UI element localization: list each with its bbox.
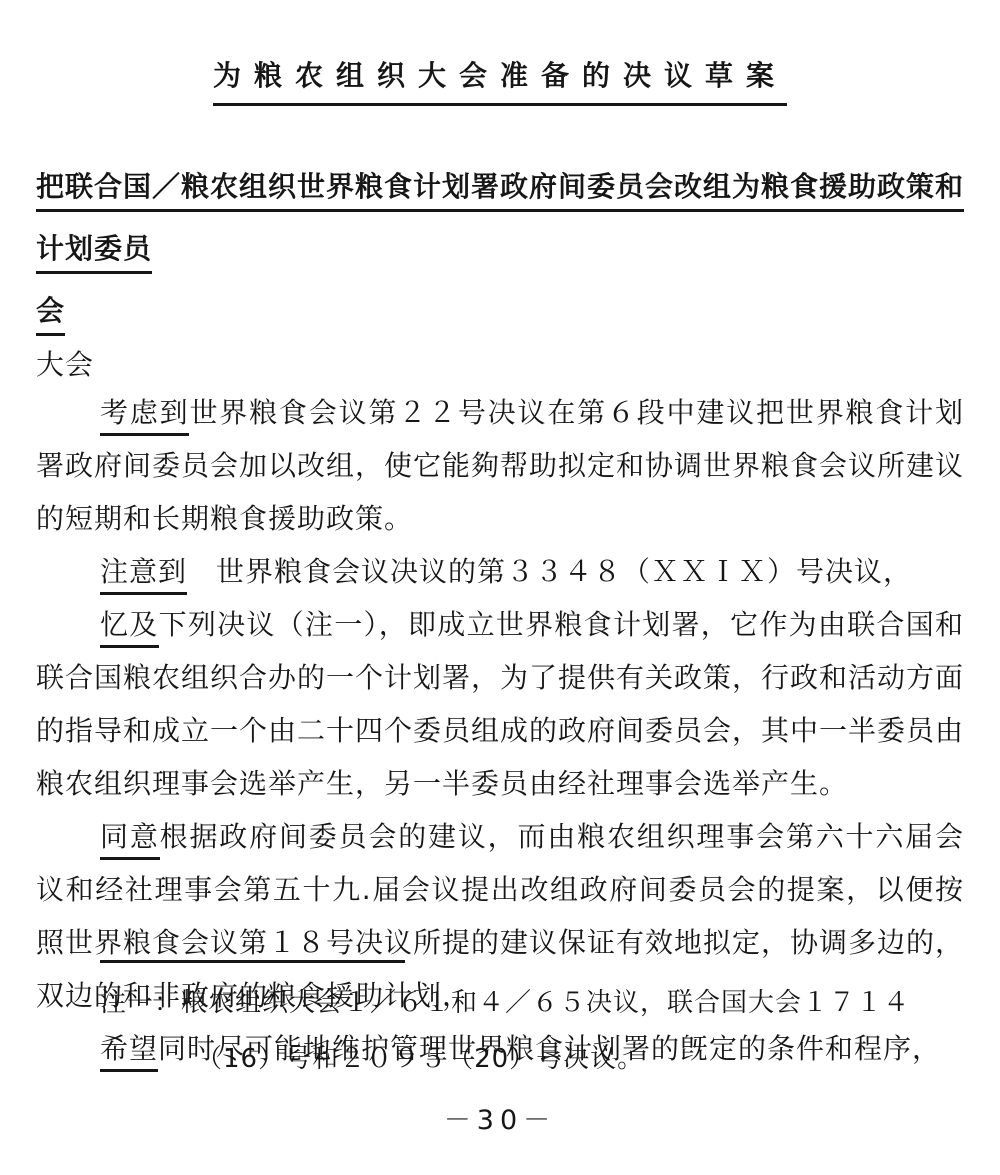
footnote-line2: （16）号和２０９５（20）号决议。 xyxy=(100,1031,930,1087)
paragraph-noting: 注意到 世界粮食会议决议的第３３４８（ＸＸＩＸ）号决议， xyxy=(36,545,964,598)
subject-heading-line1: 把联合国／粮农组织世界粮食计划署政府间委员会改组为粮食援助政策和计划委员 xyxy=(36,170,964,274)
paragraph-lead: 注意到 xyxy=(100,555,187,595)
footnote-label: 注一： xyxy=(100,988,181,1018)
document-title: 为粮农组织大会准备的决议草案 xyxy=(213,54,787,106)
paragraph-lead: 考虑到 xyxy=(100,396,189,436)
addressee: 大会 xyxy=(36,344,964,386)
paragraph-lead: 同意 xyxy=(100,820,160,860)
paragraph-considering: 考虑到世界粮食会议第２２号决议在第６段中建议把世界粮食计划署政府间委员会加以改组… xyxy=(36,386,964,545)
document-page: 为粮农组织大会准备的决议草案 把联合国／粮农组织世界粮食计划署政府间委员会改组为… xyxy=(0,0,1000,1175)
footnote-line1: 注一：粮农组织大会１／６１和４／６５决议，联合国大会１７１４ xyxy=(100,975,930,1031)
paragraph-text: 世界粮食会议决议的第３３４８（ＸＸＩＸ）号决议， xyxy=(187,555,912,588)
page-number: －30－ xyxy=(0,1098,1000,1137)
title-row: 为粮农组织大会准备的决议草案 xyxy=(36,54,964,106)
paragraph-text: 下列决议（注一），即成立世界粮食计划署，它作为由联合国和联合国粮农组织合办的一个… xyxy=(36,608,964,800)
footnote-divider xyxy=(100,960,405,963)
subject-heading: 把联合国／粮农组织世界粮食计划署政府间委员会改组为粮食援助政策和计划委员 会 xyxy=(36,156,964,342)
paragraph-lead: 忆及 xyxy=(100,608,159,648)
paragraph-recalling: 忆及下列决议（注一），即成立世界粮食计划署，它作为由联合国和联合国粮农组织合办的… xyxy=(36,598,964,810)
footnote-text: 粮农组织大会１／６１和４／６５决议，联合国大会１７１４ xyxy=(181,988,910,1018)
footnote: 注一：粮农组织大会１／６１和４／６５决议，联合国大会１７１４ （16）号和２０９… xyxy=(100,960,930,1087)
subject-heading-line2: 会 xyxy=(36,294,65,336)
